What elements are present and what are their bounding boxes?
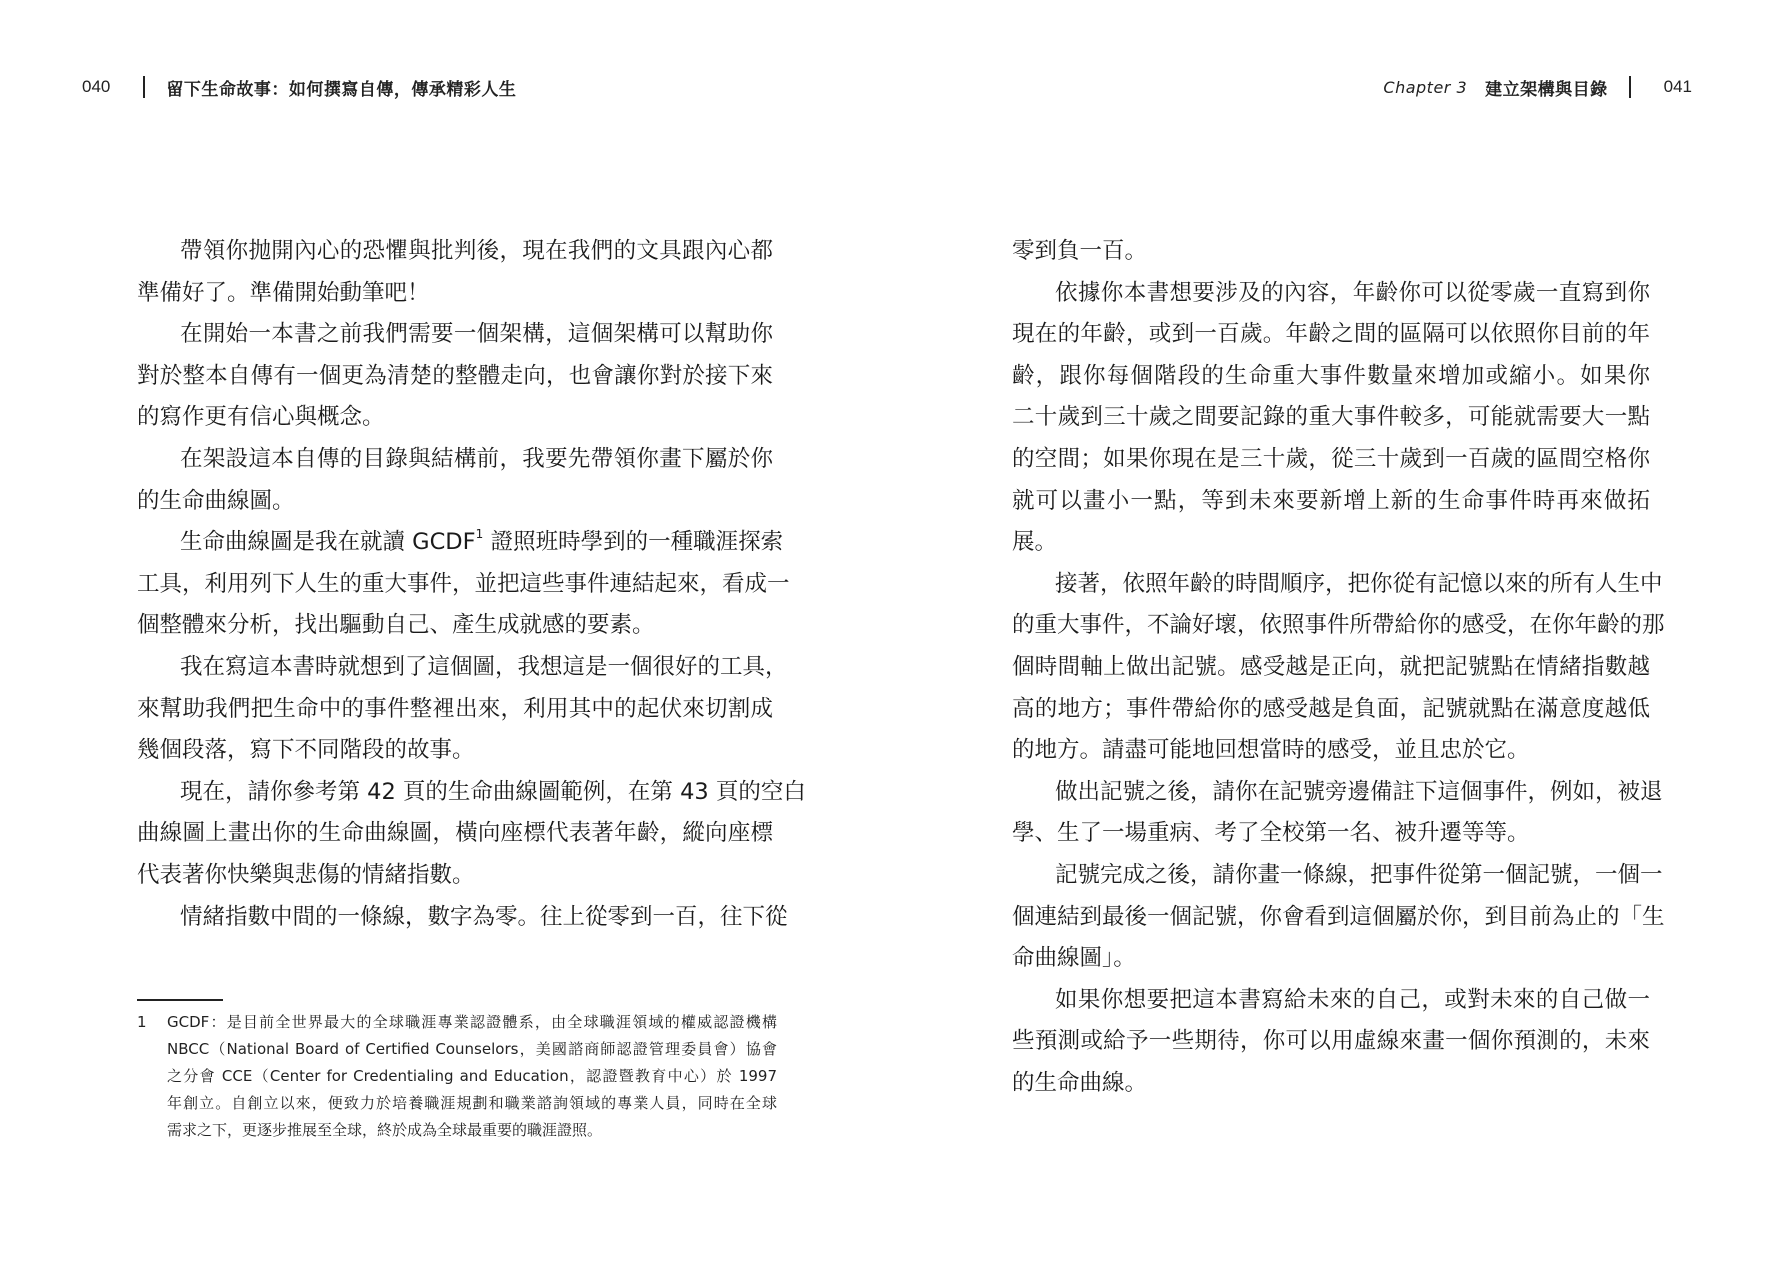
text-line: 零到負一百。 xyxy=(1012,231,1650,273)
paragraph: 記號完成之後，請你畫一條線，把事件從第一個記號，一個一 個連結到最後一個記號，你… xyxy=(1012,855,1650,980)
text-line: 的地方。請盡可能地回想當時的感受，並且忠於它。 xyxy=(1012,730,1650,772)
text-line: 依據你本書想要涉及的內容，年齡你可以從零歲一直寫到你 xyxy=(1012,273,1650,315)
header-divider xyxy=(1629,76,1631,98)
text-line: 幾個段落，寫下不同階段的故事。 xyxy=(137,730,773,772)
text-line: 曲線圖上畫出你的生命曲線圖，橫向座標代表著年齡，縱向座標 xyxy=(137,813,773,855)
text-line: 帶領你抛開內心的恐懼與批判後，現在我們的文具跟內心都 xyxy=(137,231,773,273)
text-line: 現在的年齡，或到一百歲。年齡之間的區隔可以依照你目前的年 xyxy=(1012,314,1650,356)
text-line: 做出記號之後，請你在記號旁邊備註下這個事件，例如，被退 xyxy=(1012,772,1650,814)
text-line: 在架設這本自傳的目錄與結構前，我要先帶領你畫下屬於你 xyxy=(137,439,773,481)
running-head-right: Chapter 3 建立架構與目錄 041 xyxy=(1383,72,1692,102)
text-line: 我在寫這本書時就想到了這個圖，我想這是一個很好的工具， xyxy=(137,647,773,689)
paragraph: 我在寫這本書時就想到了這個圖，我想這是一個很好的工具， 來幫助我們把生命中的事件… xyxy=(137,647,773,772)
footnote-item: 1 GCDF：是目前全世界最大的全球職涯專業認證體系，由全球職涯領域的權威認證機… xyxy=(137,1009,777,1144)
footnote-line: 年創立。自創立以來，便致力於培養職涯規劃和職業諮詢領域的專業人員，同時在全球 xyxy=(167,1090,777,1117)
footnote-separator xyxy=(137,999,223,1001)
text-line: 接著，依照年齡的時間順序，把你從有記憶以來的所有人生中 xyxy=(1012,564,1650,606)
paragraph: 在開始一本書之前我們需要一個架構，這個架構可以幫助你 對於整本自傳有一個更為清楚… xyxy=(137,314,773,439)
text-line: 的重大事件，不論好壞，依照事件所帶給你的感受，在你年齡的那 xyxy=(1012,605,1650,647)
footnote-line: 之分會 CCE（Center for Credentialing and Edu… xyxy=(167,1063,777,1090)
text-line: 如果你想要把這本書寫給未來的自己，或對未來的自己做一 xyxy=(1012,980,1650,1022)
text-line: 學、生了一場重病、考了全校第一名、被升遷等等。 xyxy=(1012,813,1650,855)
paragraph: 如果你想要把這本書寫給未來的自己，或對未來的自己做一 些預測或給予一些期待，你可… xyxy=(1012,980,1650,1105)
text-line: 記號完成之後，請你畫一條線，把事件從第一個記號，一個一 xyxy=(1012,855,1650,897)
text-line: 對於整本自傳有一個更為清楚的整體走向，也會讓你對於接下來 xyxy=(137,356,773,398)
body-text-right: 零到負一百。 依據你本書想要涉及的內容，年齡你可以從零歲一直寫到你 現在的年齡，… xyxy=(1012,231,1650,1104)
text-line: 情緒指數中間的一條線，數字為零。往上從零到一百，往下從 xyxy=(137,897,773,939)
text-line: 個整體來分析，找出驅動自己、產生成就感的要素。 xyxy=(137,605,773,647)
footnote-line: GCDF：是目前全世界最大的全球職涯專業認證體系，由全球職涯領域的權威認證機構 xyxy=(167,1009,777,1036)
body-text-left: 帶領你抛開內心的恐懼與批判後，現在我們的文具跟內心都 準備好了。準備開始動筆吧！… xyxy=(137,231,773,938)
text-line: 準備好了。準備開始動筆吧！ xyxy=(137,273,773,315)
text-line: 現在，請你參考第 42 頁的生命曲線圖範例，在第 43 頁的空白 xyxy=(137,772,773,814)
text-line: 工具，利用列下人生的重大事件，並把這些事件連結起來，看成一 xyxy=(137,564,773,606)
book-title: 留下生命故事：如何撰寫自傳，傳承精彩人生 xyxy=(166,75,516,100)
text-line: 命曲線圖」。 xyxy=(1012,938,1650,980)
text-line: 的生命曲線圖。 xyxy=(137,481,773,523)
page-number: 041 xyxy=(1664,77,1692,97)
text-line: 二十歲到三十歲之間要記錄的重大事件較多，可能就需要大一點 xyxy=(1012,397,1650,439)
paragraph: 在架設這本自傳的目錄與結構前，我要先帶領你畫下屬於你 的生命曲線圖。 xyxy=(137,439,773,522)
footnote-number: 1 xyxy=(137,1009,147,1036)
text-line: 個連結到最後一個記號，你會看到這個屬於你，到目前為止的「生 xyxy=(1012,897,1650,939)
text-line: 來幫助我們把生命中的事件整裡出來，利用其中的起伏來切割成 xyxy=(137,689,773,731)
text-segment: 證照班時學到的一種職涯探索 xyxy=(491,529,784,555)
footnote-line: NBCC（National Board of Certified Counsel… xyxy=(167,1036,777,1063)
header-divider xyxy=(143,76,145,98)
text-line: 生命曲線圖是我在就讀 GCDF1 證照班時學到的一種職涯探索 xyxy=(137,522,773,564)
page-number: 040 xyxy=(82,77,110,97)
running-head-left: 040 留下生命故事：如何撰寫自傳，傳承精彩人生 xyxy=(82,72,516,102)
text-line: 在開始一本書之前我們需要一個架構，這個架構可以幫助你 xyxy=(137,314,773,356)
paragraph: 現在，請你參考第 42 頁的生命曲線圖範例，在第 43 頁的空白 曲線圖上畫出你… xyxy=(137,772,773,897)
left-page: 040 留下生命故事：如何撰寫自傳，傳承精彩人生 帶領你抛開內心的恐懼與批判後，… xyxy=(0,0,892,1276)
paragraph: 生命曲線圖是我在就讀 GCDF1 證照班時學到的一種職涯探索 工具，利用列下人生… xyxy=(137,522,773,647)
book-spread: 040 留下生命故事：如何撰寫自傳，傳承精彩人生 帶領你抛開內心的恐懼與批判後，… xyxy=(0,0,1784,1276)
text-segment: 生命曲線圖是我在就讀 GCDF xyxy=(180,529,476,555)
paragraph: 帶領你抛開內心的恐懼與批判後，現在我們的文具跟內心都 準備好了。準備開始動筆吧！ xyxy=(137,231,773,314)
paragraph: 依據你本書想要涉及的內容，年齡你可以從零歲一直寫到你 現在的年齡，或到一百歲。年… xyxy=(1012,273,1650,564)
footnote-line: 需求之下，更逐步推展至全球，終於成為全球最重要的職涯證照。 xyxy=(167,1117,777,1144)
text-line: 代表著你快樂與悲傷的情緒指數。 xyxy=(137,855,773,897)
text-line: 就可以畫小一點，等到未來要新增上新的生命事件時再來做拓 xyxy=(1012,481,1650,523)
text-line: 些預測或給予一些期待，你可以用虛線來畫一個你預測的，未來 xyxy=(1012,1021,1650,1063)
text-line: 高的地方；事件帶給你的感受越是負面，記號就點在滿意度越低 xyxy=(1012,689,1650,731)
text-line: 展。 xyxy=(1012,522,1650,564)
chapter-label: Chapter 3 xyxy=(1383,78,1467,97)
text-line: 個時間軸上做出記號。感受越是正向，就把記號點在情緒指數越 xyxy=(1012,647,1650,689)
text-line: 的生命曲線。 xyxy=(1012,1063,1650,1105)
paragraph: 零到負一百。 xyxy=(1012,231,1650,273)
footnote: 1 GCDF：是目前全世界最大的全球職涯專業認證體系，由全球職涯領域的權威認證機… xyxy=(137,1009,777,1144)
paragraph: 接著，依照年齡的時間順序，把你從有記憶以來的所有人生中 的重大事件，不論好壞，依… xyxy=(1012,564,1650,772)
right-page: Chapter 3 建立架構與目錄 041 零到負一百。 依據你本書想要涉及的內… xyxy=(892,0,1784,1276)
text-line: 齡，跟你每個階段的生命重大事件數量來增加或縮小。如果你 xyxy=(1012,356,1650,398)
text-line: 的寫作更有信心與概念。 xyxy=(137,397,773,439)
paragraph: 做出記號之後，請你在記號旁邊備註下這個事件，例如，被退 學、生了一場重病、考了全… xyxy=(1012,772,1650,855)
text-line: 的空間；如果你現在是三十歲，從三十歲到一百歲的區間空格你 xyxy=(1012,439,1650,481)
footnote-marker[interactable]: 1 xyxy=(476,527,484,541)
paragraph: 情緒指數中間的一條線，數字為零。往上從零到一百，往下從 xyxy=(137,897,773,939)
chapter-title: 建立架構與目錄 xyxy=(1485,75,1608,100)
footnote-body: GCDF：是目前全世界最大的全球職涯專業認證體系，由全球職涯領域的權威認證機構 … xyxy=(167,1009,777,1144)
